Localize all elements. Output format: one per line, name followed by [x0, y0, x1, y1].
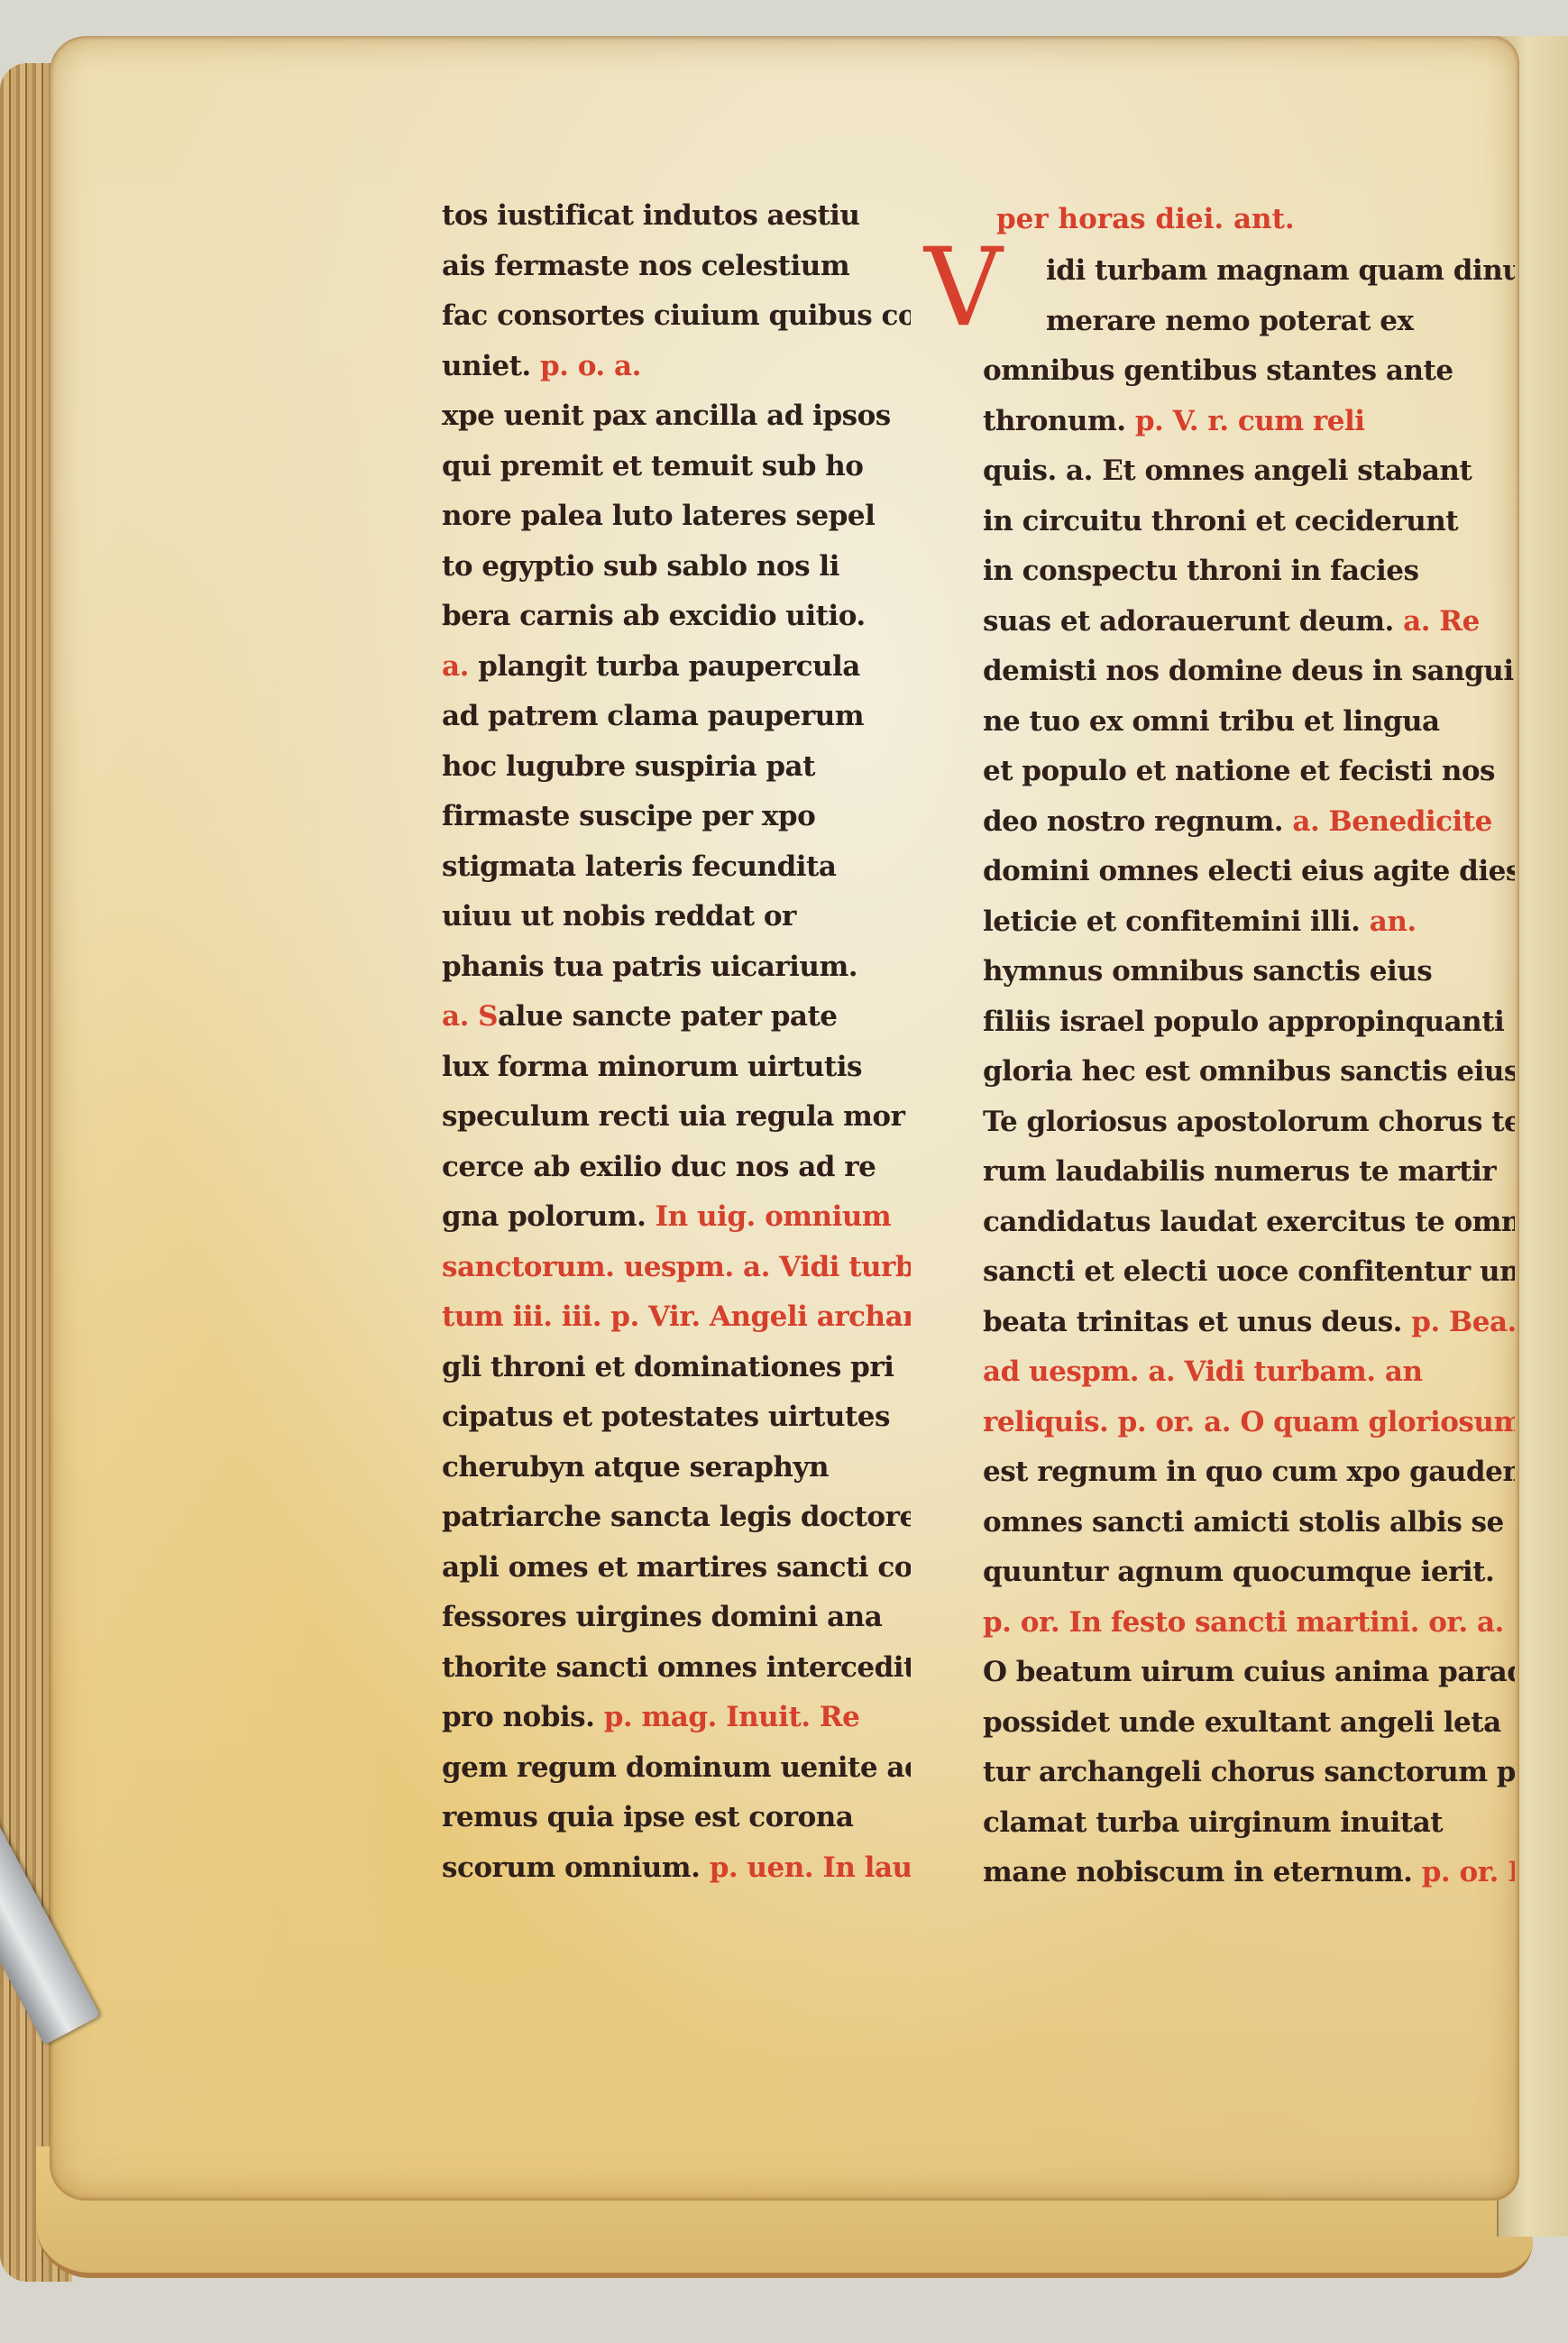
text-line: domini omnes electi eius agite dies — [983, 847, 1515, 897]
text-line: uniet. p. o. a. — [442, 342, 911, 392]
rubric: a. — [442, 650, 469, 683]
text-line: fac consortes ciuium quibus cog — [442, 291, 911, 342]
text-line: candidatus laudat exercitus te omnes — [983, 1198, 1515, 1248]
text-line: thorite sancti omnes intercedite — [442, 1643, 911, 1694]
text-line: hoc lugubre suspiria pat — [442, 742, 911, 793]
text-line: rum laudabilis numerus te martir — [983, 1147, 1515, 1198]
text-line: to egyptio sub sablo nos li — [442, 542, 911, 593]
text-line: patriarche sancta legis doctores — [442, 1493, 911, 1543]
text-line: merare nemo poterat ex — [983, 297, 1515, 347]
text-line: ais fermaste nos celestium — [442, 242, 911, 292]
text-line: omnibus gentibus stantes ante — [983, 346, 1515, 397]
text-line: ne tuo ex omni tribu et lingua — [983, 697, 1515, 748]
text-line: clamat turba uirginum inuitat — [983, 1798, 1515, 1849]
text-line: tur archangeli chorus sanctorum pro — [983, 1748, 1515, 1798]
text-line: fessores uirgines domini ana — [442, 1593, 911, 1643]
text-line: stigmata lateris fecundita — [442, 842, 911, 893]
rubric: p. mag. Inuit. Re — [604, 1701, 860, 1733]
text-line: filiis israel populo appropinquanti sibi — [983, 997, 1515, 1048]
rubric: p. uen. In laud. et — [710, 1851, 911, 1884]
text-line: tum iii. iii. p. Vir. Angeli archan — [442, 1292, 911, 1343]
text-line: possidet unde exultant angeli leta — [983, 1698, 1515, 1749]
text-line: sancti et electi uoce confitentur unanim… — [983, 1247, 1515, 1298]
text-line: gna polorum. In uig. omnium — [442, 1192, 911, 1243]
text-line: pro nobis. p. mag. Inuit. Re — [442, 1693, 911, 1743]
left-text-column: tos iustificat indutos aestiu ais fermas… — [442, 191, 911, 1893]
text-line: O beatum uirum cuius anima paradisum — [983, 1648, 1515, 1698]
rubric: a. S — [442, 1000, 498, 1033]
text-line: bera carnis ab excidio uitio. — [442, 592, 911, 642]
text-line: firmaste suscipe per xpo — [442, 792, 911, 842]
text-line: phanis tua patris uicarium. — [442, 942, 911, 993]
rubric: p. V. r. cum reli — [1135, 405, 1365, 437]
text-line: est regnum in quo cum xpo gaudent — [983, 1447, 1515, 1498]
rubric: a. Re — [1403, 605, 1480, 638]
text-line: gem regum dominum uenite ado — [442, 1743, 911, 1794]
text-line: a. plangit turba paupercula — [442, 642, 911, 693]
text-line: hymnus omnibus sanctis eius — [983, 947, 1515, 997]
text-line: et populo et natione et fecisti nos — [983, 747, 1515, 797]
text-line: omnes sancti amicti stolis albis se — [983, 1498, 1515, 1548]
text-line: a. Salue sancte pater pate — [442, 992, 911, 1043]
text-line: remus quia ipse est corona — [442, 1793, 911, 1843]
rubric: a. Benedicite — [1292, 805, 1492, 838]
text-line: scorum omnium. p. uen. In laud. et — [442, 1843, 911, 1894]
text-line: cerce ab exilio duc nos ad re — [442, 1143, 911, 1193]
rubric: p. Bea. — [1411, 1306, 1515, 1338]
rubric: p. o. a. — [540, 350, 641, 382]
text-line: cipatus et potestates uirtutes — [442, 1392, 911, 1443]
text-line: quis. a. Et omnes angeli stabant — [983, 446, 1515, 497]
text-line: suas et adorauerunt deum. a. Re — [983, 597, 1515, 648]
text-line: sanctorum. uespm. a. Vidi turba — [442, 1243, 911, 1293]
text-line: speculum recti uia regula mor — [442, 1092, 911, 1143]
text-line: Te gloriosus apostolorum chorus te proph… — [983, 1098, 1515, 1148]
text-line: gloria hec est omnibus sanctis eius. B. … — [983, 1047, 1515, 1098]
text-line: ad uespm. a. Vidi turbam. an — [983, 1347, 1515, 1398]
text-line: demisti nos domine deus in sangui — [983, 647, 1515, 697]
text-line: leticie et confitemini illi. an. — [983, 897, 1515, 948]
rubric: p. or. Inuit. — [1422, 1856, 1515, 1888]
text-line: mane nobiscum in eternum. p. or. Inuit. — [983, 1848, 1515, 1898]
text-line: nore palea luto lateres sepel — [442, 492, 911, 542]
rubric: a. Vidi turba — [743, 1251, 911, 1283]
text-line: uiuu ut nobis reddat or — [442, 892, 911, 942]
text-line: deo nostro regnum. a. Benedicite — [983, 797, 1515, 848]
text-line: ad patrem clama pauperum — [442, 692, 911, 742]
text-line: xpe uenit pax ancilla ad ipsos — [442, 391, 911, 442]
text-line: in conspectu throni in facies — [983, 547, 1515, 597]
text-line: qui premit et temuit sub ho — [442, 442, 911, 492]
rubric: In uig. omnium — [656, 1200, 892, 1233]
text-line: cherubyn atque seraphyn — [442, 1443, 911, 1493]
text-line: gli throni et dominationes pri — [442, 1343, 911, 1393]
text-line: apli omes et martires sancti co — [442, 1543, 911, 1594]
text-line: thronum. p. V. r. cum reli — [983, 397, 1515, 447]
text-line: p. or. In festo sancti martini. or. a. — [983, 1598, 1515, 1649]
text-line: lux forma minorum uirtutis — [442, 1043, 911, 1093]
text-line: reliquis. p. or. a. O quam gloriosum — [983, 1398, 1515, 1448]
text-line: beata trinitas et unus deus. p. Bea. — [983, 1298, 1515, 1348]
text-line: tos iustificat indutos aestiu — [442, 191, 911, 242]
rubric: iii. p. Vir. Angeli archan — [562, 1300, 911, 1333]
text-line: in circuitu throni et ceciderunt — [983, 497, 1515, 547]
rubric: an — [1385, 1355, 1423, 1388]
rubric: an. — [1370, 905, 1417, 938]
right-text-column: idi turbam magnam quam dinu merare nemo … — [983, 246, 1515, 1898]
rubric-header: per horas diei. ant. — [996, 203, 1295, 235]
text-line: quuntur agnum quocumque ierit. — [983, 1548, 1515, 1598]
text-line: idi turbam magnam quam dinu — [983, 246, 1515, 297]
